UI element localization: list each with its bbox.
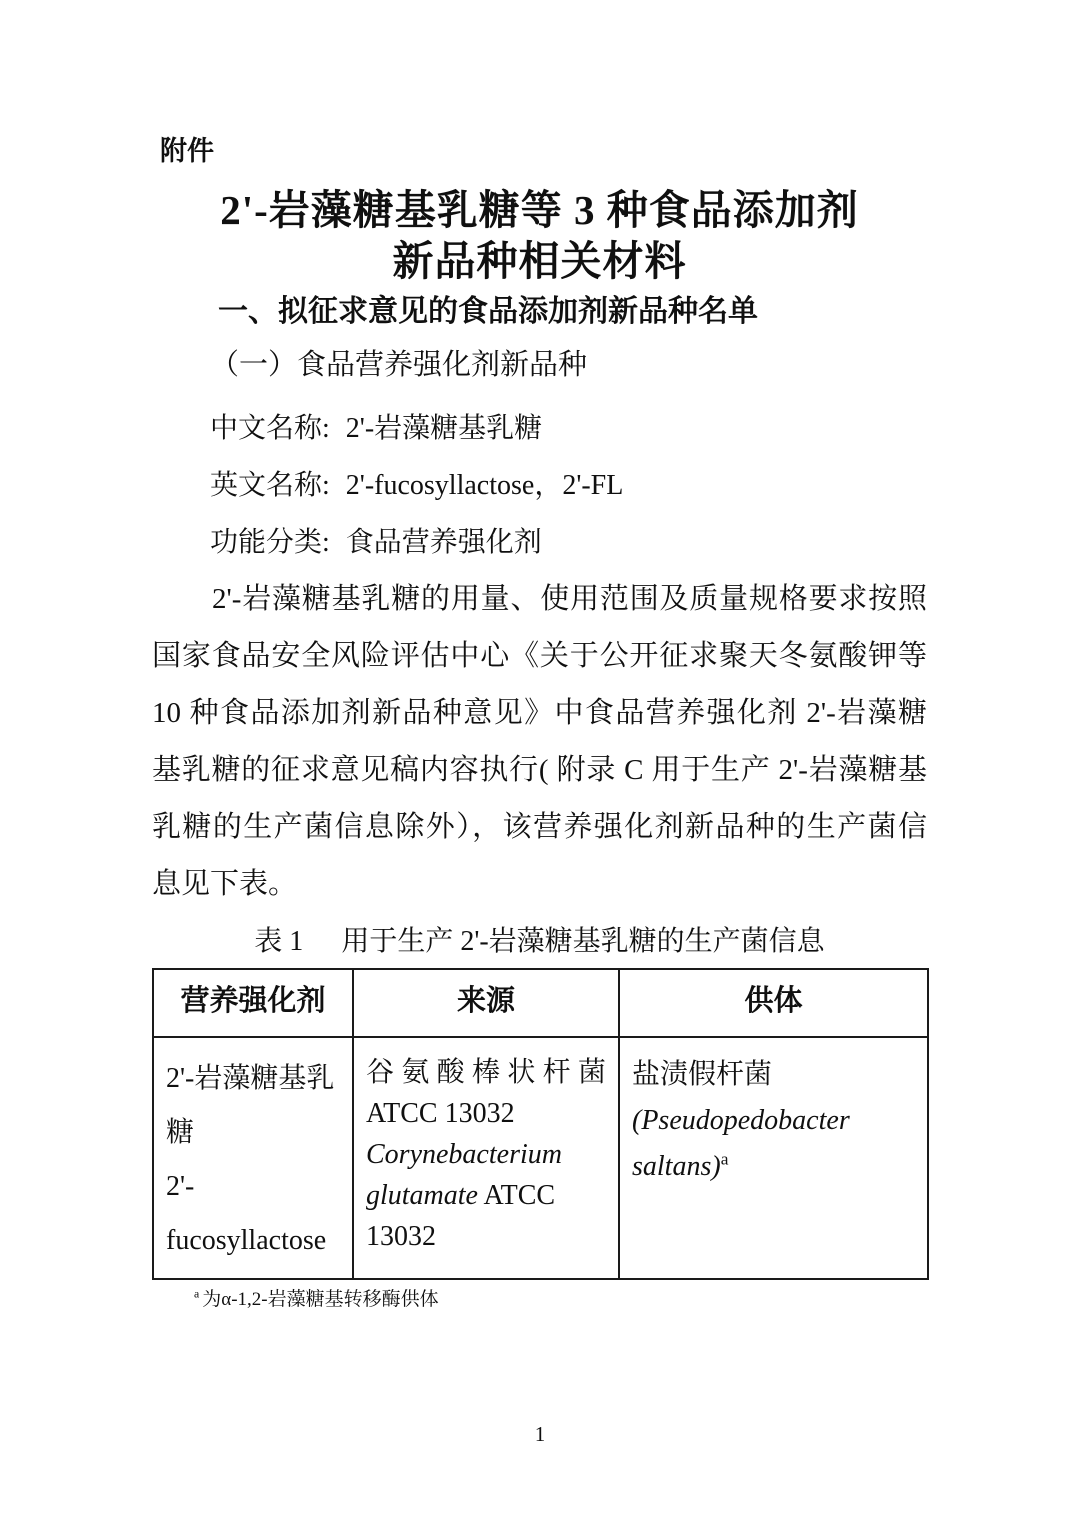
production-strain-table: 营养强化剂 来源 供体 2'-岩藻糖基乳糖 2'-fucosyllactose … bbox=[152, 968, 929, 1280]
english-name-label: 英文名称: bbox=[210, 470, 330, 501]
table-row: 2'-岩藻糖基乳糖 2'-fucosyllactose 谷氨酸棒状杆菌 ATCC… bbox=[153, 1037, 928, 1279]
body-paragraph: 2'-岩藻糖基乳糖的用量、使用范围及质量规格要求按照 国家食品安全风险评估中心《… bbox=[152, 571, 927, 913]
table-header-donor: 供体 bbox=[619, 969, 928, 1037]
donor-latin-line1: (Pseudopedobacter bbox=[632, 1098, 915, 1144]
table-caption-label: 表 1 bbox=[254, 926, 303, 957]
page-number: 1 bbox=[0, 1422, 1080, 1447]
cell-fortifier: 2'-岩藻糖基乳糖 2'-fucosyllactose bbox=[153, 1037, 353, 1279]
cell-donor: 盐渍假杆菌 (Pseudopedobacter saltans)a bbox=[619, 1037, 928, 1279]
paragraph-line: 2'-岩藻糖基乳糖的用量、使用范围及质量规格要求按照 bbox=[152, 571, 927, 628]
document-title-line2: 新品种相关材料 bbox=[152, 236, 927, 287]
source-latin-genus: Corynebacterium bbox=[366, 1134, 606, 1175]
paragraph-line: 息见下表。 bbox=[152, 856, 927, 913]
section-heading: 一、拟征求意见的食品添加剂新品种名单 bbox=[152, 290, 927, 334]
fortifier-name-cn: 2'-岩藻糖基乳糖 bbox=[166, 1052, 340, 1160]
field-english-name: 英文名称:2'-fucosyllactose，2'-FL bbox=[152, 457, 927, 514]
fortifier-name-en: 2'-fucosyllactose bbox=[166, 1160, 340, 1268]
function-class-value: 食品营养强化剂 bbox=[346, 527, 542, 558]
english-name-value: 2'-fucosyllactose，2'-FL bbox=[346, 470, 624, 501]
cell-source: 谷氨酸棒状杆菌 ATCC 13032 Corynebacterium gluta… bbox=[353, 1037, 619, 1279]
table-caption-text: 用于生产 2'-岩藻糖基乳糖的生产菌信息 bbox=[341, 926, 824, 957]
donor-latin-line2: saltans) bbox=[632, 1151, 721, 1182]
document-title: 2'-岩藻糖基乳糖等 3 种食品添加剂 新品种相关材料 bbox=[152, 185, 927, 287]
donor-name-cn: 盐渍假杆菌 bbox=[632, 1052, 915, 1098]
footnote-text: 为α-1,2-岩藻糖基转移酶供体 bbox=[202, 1289, 438, 1310]
donor-latin-line2-wrap: saltans)a bbox=[632, 1144, 915, 1190]
chinese-name-label: 中文名称: bbox=[210, 413, 330, 444]
paragraph-line: 乳糖的生产菌信息除外），该营养强化剂新品种的生产菌信 bbox=[152, 799, 927, 856]
table-footnote: a为α-1,2-岩藻糖基转移酶供体 bbox=[194, 1287, 927, 1313]
paragraph-line: 国家食品安全风险评估中心《关于公开征求聚天冬氨酸钾等 bbox=[152, 628, 927, 685]
table-header-source: 来源 bbox=[353, 969, 619, 1037]
page-content: 附件 2'-岩藻糖基乳糖等 3 种食品添加剂 新品种相关材料 一、拟征求意见的食… bbox=[0, 0, 1080, 1313]
donor-footnote-mark: a bbox=[721, 1150, 729, 1169]
attachment-label: 附件 bbox=[160, 133, 927, 169]
paragraph-line: 10 种食品添加剂新品种意见》中食品营养强化剂 2'-岩藻糖 bbox=[152, 685, 927, 742]
document-title-line1: 2'-岩藻糖基乳糖等 3 种食品添加剂 bbox=[152, 185, 927, 236]
field-function-class: 功能分类:食品营养强化剂 bbox=[152, 514, 927, 571]
function-class-label: 功能分类: bbox=[210, 527, 330, 558]
name-fields: 中文名称:2'-岩藻糖基乳糖 英文名称:2'-fucosyllactose，2'… bbox=[152, 400, 927, 571]
table-header-fortifier: 营养强化剂 bbox=[153, 969, 353, 1037]
table-header-row: 营养强化剂 来源 供体 bbox=[153, 969, 928, 1037]
table-caption: 表 1用于生产 2'-岩藻糖基乳糖的生产菌信息 bbox=[152, 922, 927, 962]
chinese-name-value: 2'-岩藻糖基乳糖 bbox=[346, 413, 542, 444]
source-latin-species: glutamate bbox=[366, 1180, 478, 1211]
source-strain-1: ATCC 13032 bbox=[366, 1093, 606, 1134]
footnote-mark: a bbox=[194, 1288, 199, 1301]
document-page: 附件 2'-岩藻糖基乳糖等 3 种食品添加剂 新品种相关材料 一、拟征求意见的食… bbox=[0, 0, 1080, 1527]
paragraph-line: 基乳糖的征求意见稿内容执行( 附录 C 用于生产 2'-岩藻糖基 bbox=[152, 742, 927, 799]
source-name-cn: 谷氨酸棒状杆菌 bbox=[366, 1052, 606, 1093]
source-latin-species-line: glutamate ATCC 13032 bbox=[366, 1175, 606, 1257]
field-chinese-name: 中文名称:2'-岩藻糖基乳糖 bbox=[152, 400, 927, 457]
subsection-heading: （一）食品营养强化剂新品种 bbox=[152, 344, 927, 386]
